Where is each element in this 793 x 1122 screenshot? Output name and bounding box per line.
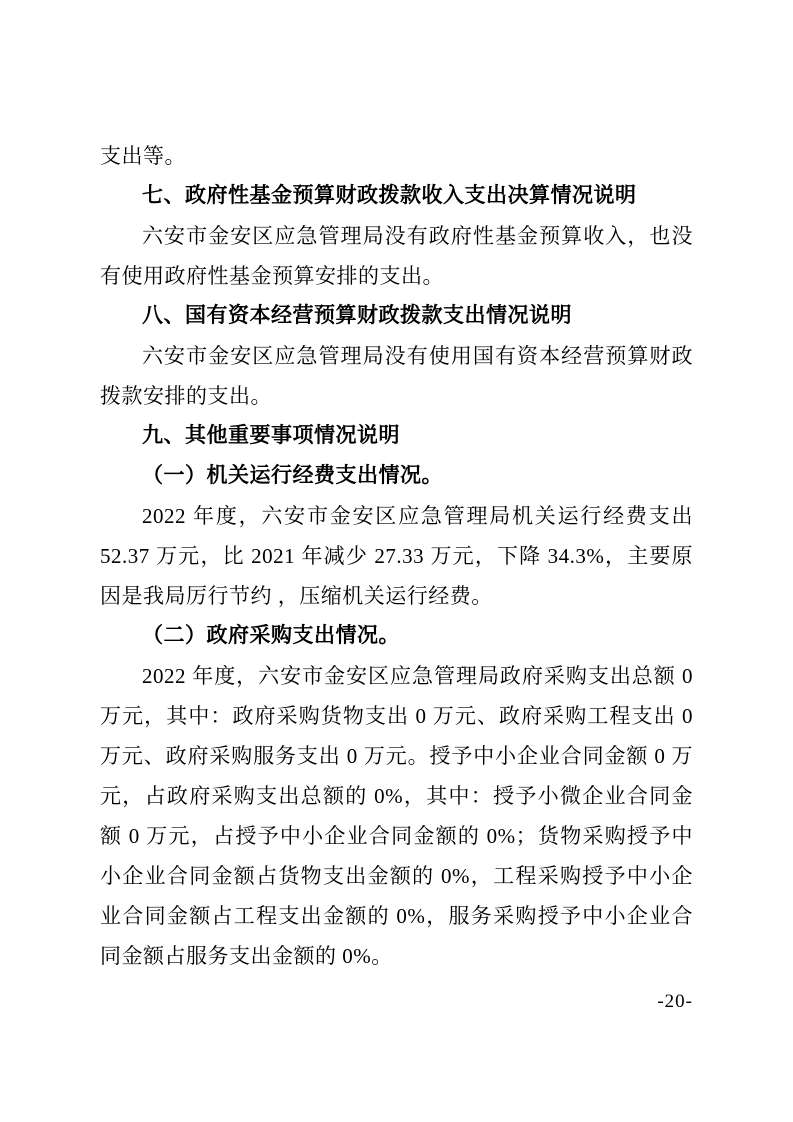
paragraph-state-capital-budget: 六安市金安区应急管理局没有使用国有资本经营预算财政拨款安排的支出。 — [100, 336, 693, 416]
section-heading-8: 八、国有资本经营预算财政拨款支出情况说明 — [100, 296, 693, 336]
paragraph-procurement: 2022 年度，六安市金安区应急管理局政府采购支出总额 0 万元，其中：政府采购… — [100, 656, 693, 976]
paragraph-continuation: 支出等。 — [100, 136, 693, 176]
document-body: 支出等。 七、政府性基金预算财政拨款收入支出决算情况说明 六安市金安区应急管理局… — [100, 136, 693, 976]
subsection-heading-1-operating-expenses: （一）机关运行经费支出情况。 — [100, 456, 693, 496]
paragraph-gov-fund-budget: 六安市金安区应急管理局没有政府性基金预算收入，也没有使用政府性基金预算安排的支出… — [100, 216, 693, 296]
section-heading-9: 九、其他重要事项情况说明 — [100, 416, 693, 456]
page-number: -20- — [657, 990, 693, 1014]
paragraph-operating-expenses: 2022 年度，六安市金安区应急管理局机关运行经费支出 52.37 万元，比 2… — [100, 496, 693, 616]
subsection-heading-2-procurement: （二）政府采购支出情况。 — [100, 616, 693, 656]
section-heading-7: 七、政府性基金预算财政拨款收入支出决算情况说明 — [100, 176, 693, 216]
document-page: 支出等。 七、政府性基金预算财政拨款收入支出决算情况说明 六安市金安区应急管理局… — [0, 0, 793, 1122]
